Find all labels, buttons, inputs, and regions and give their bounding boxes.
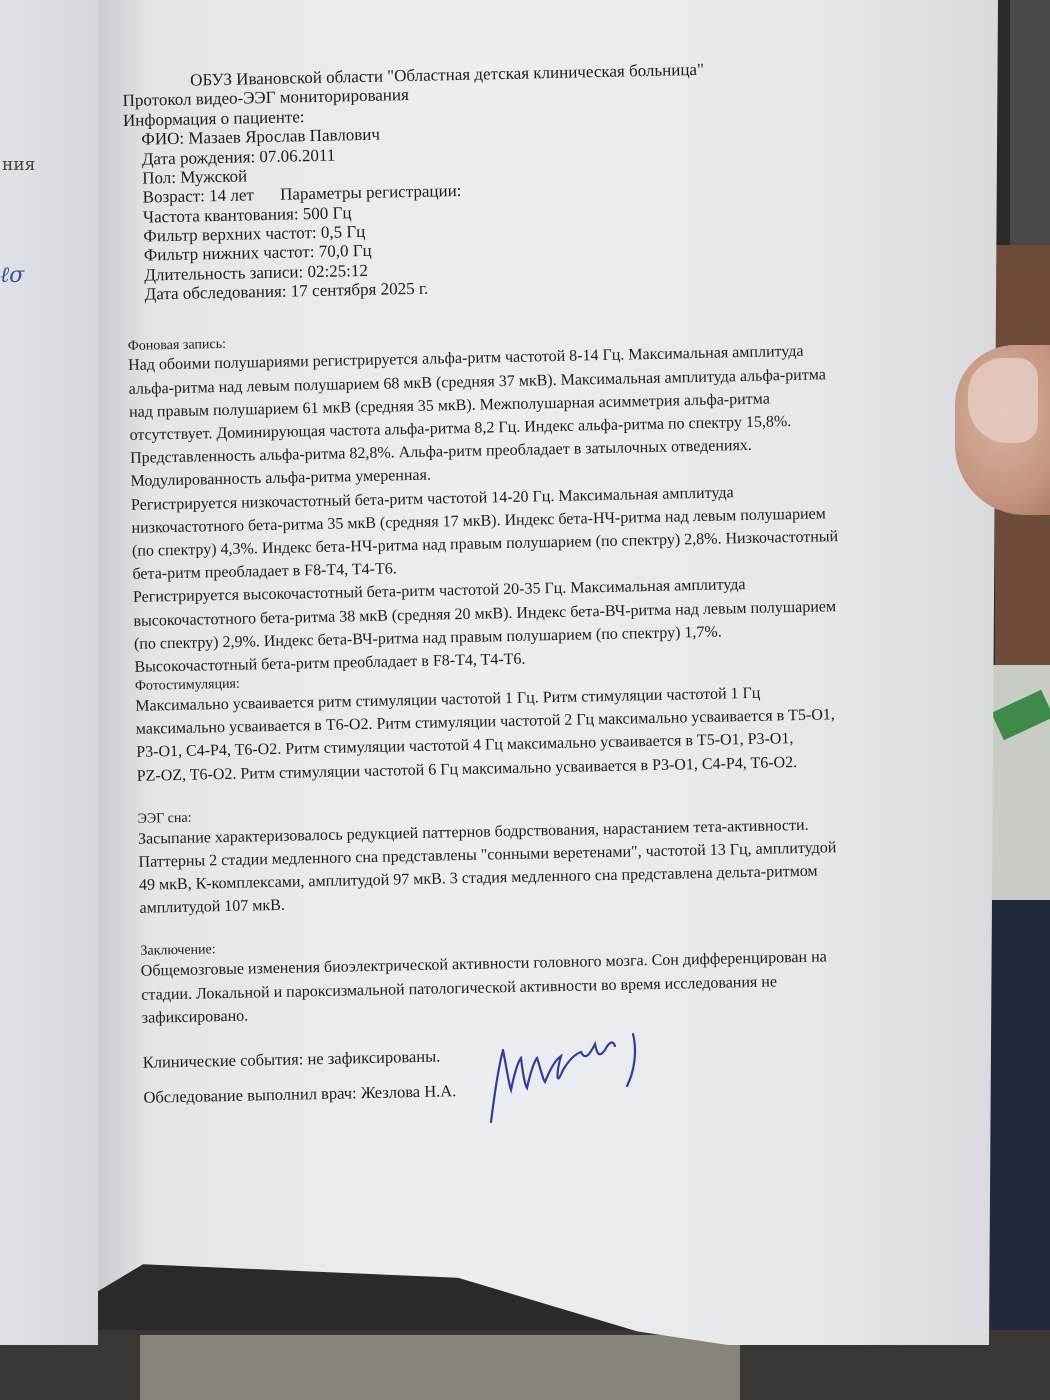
patient-age: Возраст: 14 лет [142, 186, 254, 207]
photostimulation-section: Максимально усваивается ритм стимуляции … [135, 678, 957, 788]
high-beta-section: Регистрируется высокочастотный бета-ритм… [133, 569, 955, 679]
previous-page-text: ния [2, 155, 35, 175]
thumbnail-nail [968, 358, 1038, 443]
alpha-rhythm-section: Над обоими полушариями регистрируется ал… [128, 337, 951, 493]
background [1010, 0, 1050, 245]
doctor-signature [485, 1030, 645, 1130]
background-sleeve [985, 900, 1050, 1400]
registration-params-label: Параметры регистрации: [258, 181, 462, 204]
background-table-surface [140, 1335, 740, 1400]
eeg-report: ОБУЗ Ивановской области "Областная детск… [122, 55, 964, 1108]
previous-page-signature: ℓσ [0, 262, 24, 288]
low-beta-section: Регистрируется низкочастотный бета-ритм … [131, 476, 953, 586]
previous-page: ния ℓσ [0, 0, 98, 1345]
sleep-eeg-section: Засыпание характеризовалось редукцией па… [138, 810, 960, 920]
